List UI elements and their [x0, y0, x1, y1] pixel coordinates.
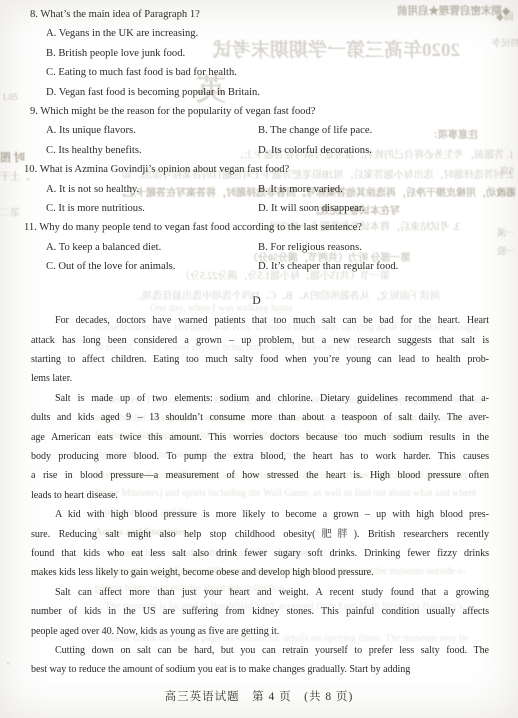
answer-option-row: A. It is not so healthy.B. It is more va… — [24, 180, 489, 199]
passage-line: found that kids who eat less salt also d… — [31, 544, 489, 563]
ghost-print-text: 1.05 — [2, 92, 18, 102]
passage-paragraph: Salt can affect more than just your hear… — [31, 583, 489, 641]
question: 11. Why do many people tend to vegan fas… — [24, 218, 489, 276]
passage-line: age American eats twice this amount. Thi… — [31, 428, 489, 447]
bleedthrough-text: 第二 — [0, 208, 20, 220]
question: 8. What’s the main idea of Paragraph 1?A… — [24, 5, 489, 102]
passage-line: For decades, doctors have warned patient… — [31, 311, 489, 330]
bleedthrough-text: 圆◆ — [496, 12, 514, 24]
answer-option: D. It’s cheaper than regular food. — [258, 257, 489, 276]
answer-option: D. It will soon disappear. — [258, 199, 489, 218]
passage-line: Cutting down on salt can be hard, but yo… — [31, 641, 489, 660]
answer-option: C. It is more nutritious. — [46, 199, 258, 218]
passage-line: a rise in blood pressure—a measurement o… — [31, 466, 489, 485]
scanned-exam-page: { "page": { "footer": "高三英语试题 第 4 页 (共 8… — [0, 0, 518, 718]
passage-line: Salt is made up of two elements: sodium … — [31, 389, 489, 408]
answer-option: C. Its healthy benefits. — [46, 141, 258, 160]
bleedthrough-text: 特民李 — [492, 38, 518, 48]
answer-option: B. It is more varied. — [258, 180, 489, 199]
answer-option-row: C. Out of the love for animals.D. It’s c… — [24, 257, 489, 276]
passage-line: starting to affect children. Eating too … — [31, 350, 489, 369]
passage-line: Salt can affect more than just your hear… — [31, 583, 489, 602]
question-stem: 11. Why do many people tend to vegan fas… — [24, 218, 489, 237]
page-footer: 高三英语试题 第 4 页 (共 8 页) — [0, 688, 518, 704]
answer-option: D. Vegan fast food is becoming popular i… — [24, 83, 489, 102]
passage-paragraph: Salt is made up of two elements: sodium … — [31, 389, 489, 505]
passage-line: A kid with high blood pressure is more l… — [31, 505, 489, 524]
question-list: 8. What’s the main idea of Paragraph 1?A… — [24, 5, 489, 277]
question-stem: 9. Which might be the reason for the pop… — [24, 102, 489, 121]
ghost-print-text: 、 — [6, 656, 16, 668]
bleedthrough-text: 吋 图 — [0, 152, 25, 165]
question-stem: 10. What is Azmina Govindji’s opinion ab… — [24, 160, 489, 179]
question-stem: 8. What’s the main idea of Paragraph 1? — [24, 5, 489, 24]
answer-option: A. Its unique flavors. — [46, 121, 258, 140]
passage-paragraph: Cutting down on salt can be hard, but yo… — [31, 641, 489, 680]
answer-option: B. For religious reasons. — [258, 238, 489, 257]
passage-paragraph: For decades, doctors have warned patient… — [31, 311, 489, 389]
answer-option: A. Vegans in the UK are increasing. — [24, 24, 489, 43]
passage-line: dults and kids aged 9 – 13 shouldn’t con… — [31, 408, 489, 427]
passage-line: attack has long been considered a grown … — [31, 331, 489, 350]
passage-line: best way to reduce the amount of sodium … — [31, 660, 489, 679]
answer-option: D. Its colorful decorations. — [258, 141, 489, 160]
passage-line: makes kids less likely to gain weight, b… — [31, 563, 489, 582]
passage-line: people aged over 40. Now, kids as young … — [31, 622, 489, 641]
answer-option-row: A. To keep a balanced diet.B. For religi… — [24, 238, 489, 257]
bleedthrough-text: 心圆 — [497, 188, 515, 198]
passage-section-label: D — [24, 292, 489, 311]
answer-option: C. Out of the love for animals. — [46, 257, 258, 276]
answer-option: A. To keep a balanced diet. — [46, 238, 258, 257]
passage-line: leads to heart disease. — [31, 486, 489, 505]
passage-line: number of kids in the US are suffering f… — [31, 602, 489, 621]
answer-option: B. British people love junk food. — [24, 44, 489, 63]
exam-content: 8. What’s the main idea of Paragraph 1?A… — [24, 5, 489, 680]
answer-option: C. Eating to much fast food is bad for h… — [24, 63, 489, 82]
bleedthrough-text: 一股 — [497, 246, 515, 256]
bleedthrough-text: 一溪 — [497, 228, 515, 238]
passage-line: sure. Reducing salt might also help stop… — [31, 525, 489, 544]
passage-body: For decades, doctors have warned patient… — [31, 311, 489, 680]
question: 9. Which might be the reason for the pop… — [24, 102, 489, 160]
passage-line: body producing more blood. To pump the e… — [31, 447, 489, 466]
passage-paragraph: A kid with high blood pressure is more l… — [31, 505, 489, 583]
answer-option: B. The change of life pace. — [258, 121, 489, 140]
answer-option-row: C. Its healthy benefits.D. Its colorful … — [24, 141, 489, 160]
passage-line: lems later. — [31, 369, 489, 388]
answer-option: A. It is not so healthy. — [46, 180, 258, 199]
answer-option-row: C. It is more nutritious.D. It will soon… — [24, 199, 489, 218]
question: 10. What is Azmina Govindji’s opinion ab… — [24, 160, 489, 218]
answer-option-row: A. Its unique flavors.B. The change of l… — [24, 121, 489, 140]
bleedthrough-text: 5富 — [500, 166, 514, 176]
